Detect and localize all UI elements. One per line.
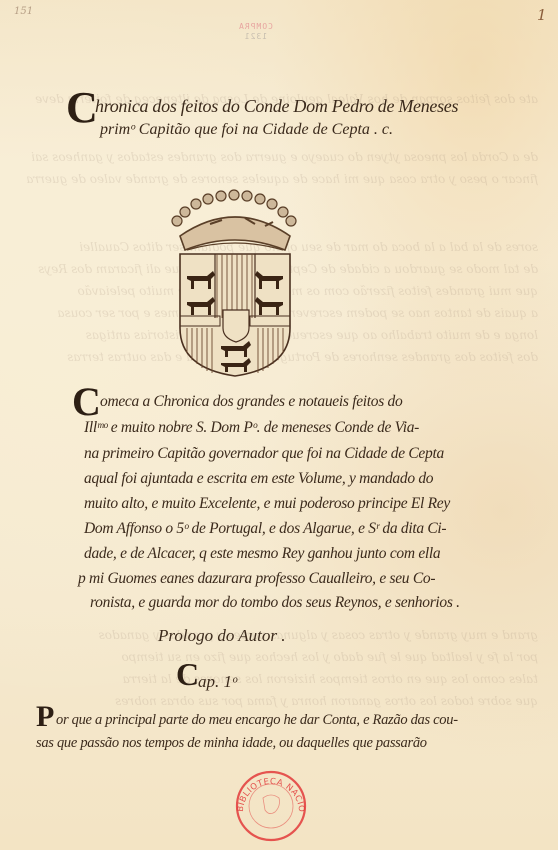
stamp-line-1: COMPRA (238, 22, 273, 32)
bleed-through-text: de a Corda los pneosa ytyen do cuaeyo e … (20, 150, 538, 164)
body-line: Illᵐᵒ e muito nobre S. Dom Pᵒ. de menese… (84, 419, 419, 437)
title-initial: C (66, 82, 98, 133)
body-line: na primeiro Capitão governador que foi n… (84, 445, 444, 463)
title-line-1: hronica dos feitos do Conde Dom Pedro de… (95, 96, 458, 117)
body-line: ronista, e guarda mor do tombo dos seus … (90, 594, 460, 612)
body-line: p mi Guomes eanes dazurara professo Caua… (78, 570, 435, 588)
bleed-through-text: que sobre todos los otros ganaron honra … (20, 694, 538, 708)
bleed-through-text: por la fe y lealtad que le fue dado y lo… (20, 650, 538, 664)
chapter-text-line: or que a principal parte do meu encargo … (56, 712, 458, 729)
body-line: omeca a Chronica dos grandes e notaueis … (100, 393, 402, 411)
body-line: Dom Affonso o 5ᵒ de Portugal, e dos Alga… (84, 520, 446, 538)
body-line: aqual foi ajuntada e escrita em este Vol… (84, 470, 433, 488)
body-line: dade, e de Alcacer, q este mesmo Rey gan… (84, 545, 440, 563)
body-initial: C (72, 378, 101, 425)
prologue-heading: Prologo do Autor . (158, 626, 286, 646)
manuscript-page: ate dos feitos sorpan de hos Valeal geul… (0, 0, 558, 850)
chapter-text-line: sas que passão nos tempos de minha idade… (36, 735, 427, 752)
folio-number-right: 1 (537, 6, 547, 24)
folio-number-left: 151 (14, 6, 33, 17)
acquisition-stamp: COMPRA 1321 (238, 22, 273, 42)
bleed-through-text: fincar o peso y otra cosa que mi hace de… (20, 172, 538, 186)
body-line: muito alto, e muito Excelente, e mui pod… (84, 495, 450, 513)
library-stamp-icon: BIBLIOTECA NACIONAL (233, 768, 309, 844)
svg-text:BIBLIOTECA NACIONAL: BIBLIOTECA NACIONAL (233, 768, 306, 813)
title-line-2: primᵒ Capitão que foi na Cidade de Cepta… (100, 121, 393, 139)
coat-of-arms-icon (165, 188, 305, 378)
stamp-line-2: 1321 (238, 32, 273, 42)
library-stamp-text: BIBLIOTECA NACIONAL (233, 768, 306, 813)
bleed-through-text: tales como los que en otros tiempos hizi… (20, 672, 538, 686)
chapter-initial: C (176, 656, 199, 693)
chapter-heading: ap. 1ᵒ (198, 672, 237, 692)
chapter-text-initial: P (36, 700, 54, 734)
